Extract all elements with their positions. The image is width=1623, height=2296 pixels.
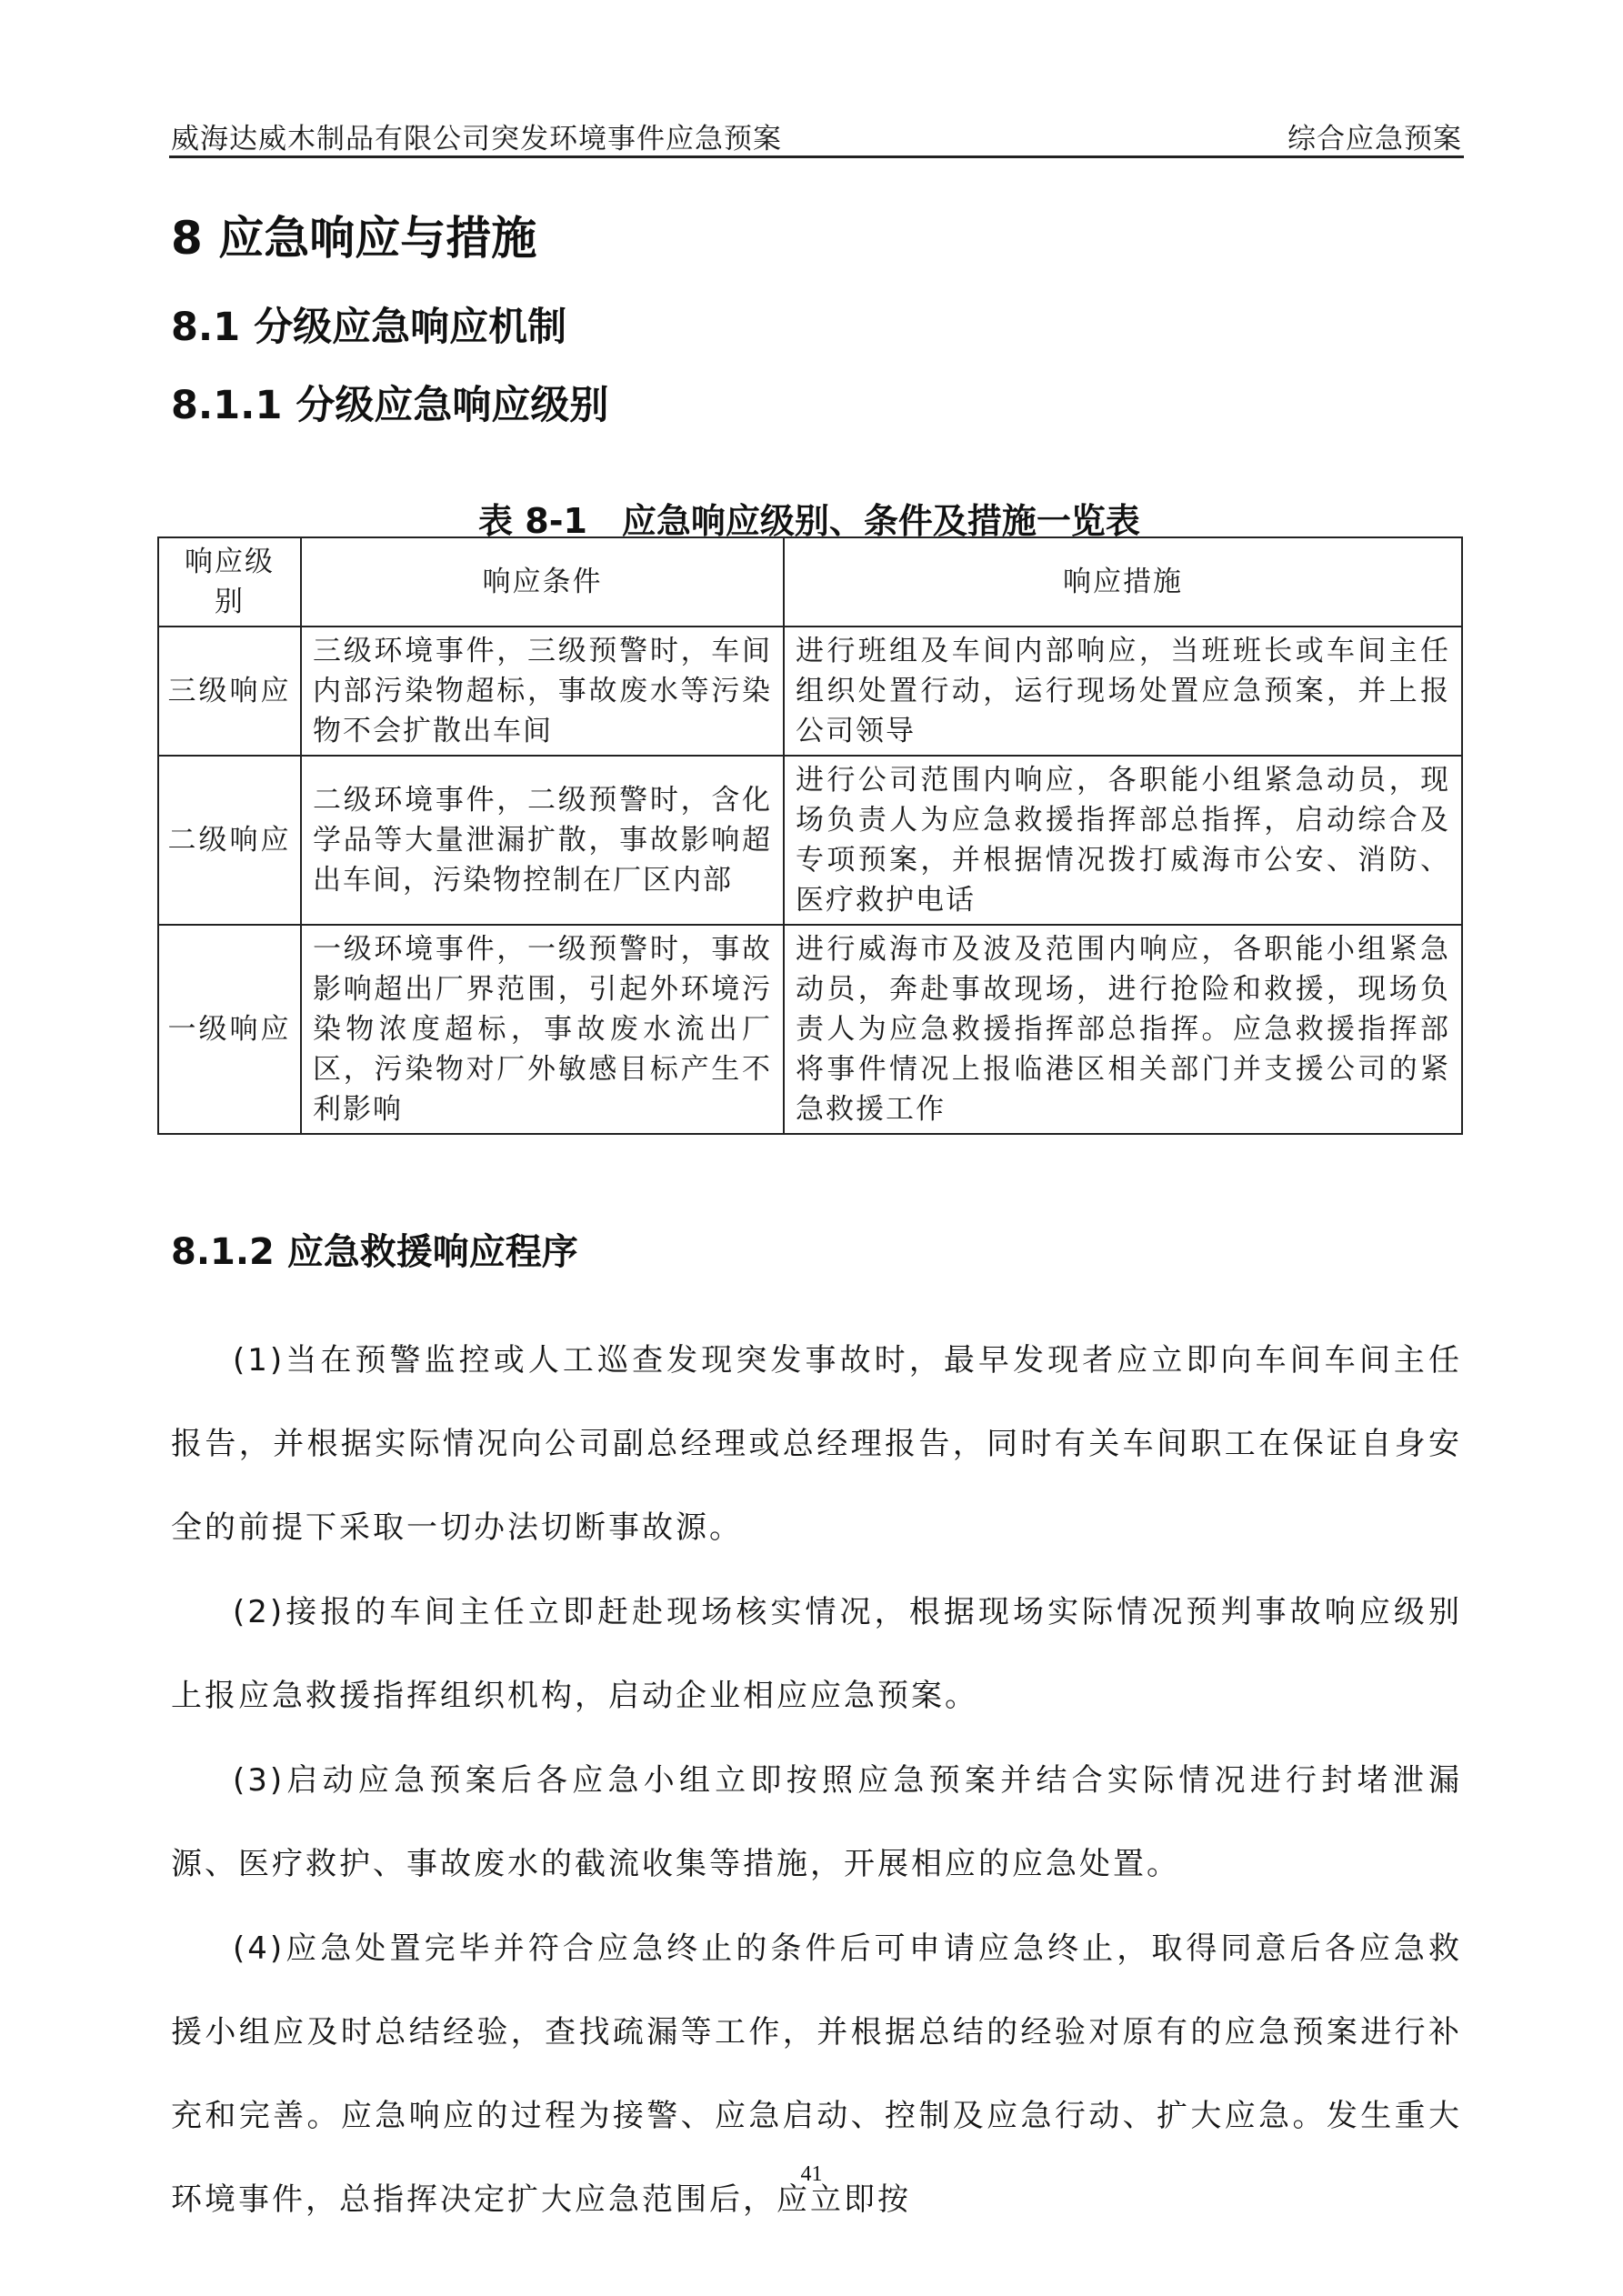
table-row: 三级响应 三级环境事件，三级预警时，车间内部污染物超标，事故废水等污染物不会扩散… (158, 627, 1462, 756)
body-paragraph: (3)启动应急预案后各应急小组立即按照应急预案并结合实际情况进行封堵泄漏源、医疗… (171, 1739, 1462, 1906)
body-paragraph: (4)应急处置完毕并符合应急终止的条件后可申请应急终止，取得同意后各应急救援小组… (171, 1907, 1462, 2241)
page-number: 41 (0, 2162, 1623, 2187)
body-paragraph: (1)当在预警监控或人工巡查发现突发事故时，最早发现者应立即向车间车间主任报告，… (171, 1318, 1462, 1569)
subsection-heading-procedure: 8.1.2 应急救援响应程序 (171, 1223, 578, 1275)
section-heading: 8.1 分级应急响应机制 (171, 296, 566, 352)
body-paragraph: (2)接报的车间主任立即赶赴现场核实情况，根据现场实际情况预判事故响应级别上报应… (171, 1570, 1462, 1738)
column-header-condition: 响应条件 (301, 537, 784, 627)
response-measure: 进行班组及车间内部响应，当班班长或车间主任组织处置行动，运行现场处置应急预案，并… (784, 627, 1462, 756)
response-measure: 进行威海市及波及范围内响应，各职能小组紧急动员，奔赴事故现场，进行抢险和救援，现… (784, 925, 1462, 1134)
table-caption: 表 8-1 应急响应级别、条件及措施一览表 (157, 493, 1461, 543)
table-row: 一级响应 一级环境事件，一级预警时，事故影响超出厂界范围，引起外环境污染物浓度超… (158, 925, 1462, 1134)
response-measure: 进行公司范围内响应，各职能小组紧急动员，现场负责人为应急救援指挥部总指挥，启动综… (784, 756, 1462, 925)
response-condition: 一级环境事件，一级预警时，事故影响超出厂界范围，引起外环境污染物浓度超标，事故废… (301, 925, 784, 1134)
chapter-heading: 8 应急响应与措施 (171, 202, 536, 267)
column-header-level: 响应级别 (158, 537, 301, 627)
response-level: 三级响应 (158, 627, 301, 756)
subsection-heading-levels: 8.1.1 分级应急响应级别 (171, 375, 608, 430)
document-title: 威海达威木制品有限公司突发环境事件应急预案 (171, 115, 782, 156)
column-header-measure: 响应措施 (784, 537, 1462, 627)
response-level-table: 响应级别 响应条件 响应措施 三级响应 三级环境事件，三级预警时，车间内部污染物… (157, 536, 1463, 1135)
response-level: 一级响应 (158, 925, 301, 1134)
response-condition: 二级环境事件，二级预警时，含化学品等大量泄漏扩散，事故影响超出车间，污染物控制在… (301, 756, 784, 925)
header-divider (169, 155, 1464, 158)
page-header: 威海达威木制品有限公司突发环境事件应急预案 综合应急预案 (171, 111, 1462, 156)
response-condition: 三级环境事件，三级预警时，车间内部污染物超标，事故废水等污染物不会扩散出车间 (301, 627, 784, 756)
response-level: 二级响应 (158, 756, 301, 925)
table-header-row: 响应级别 响应条件 响应措施 (158, 537, 1462, 627)
table-row: 二级响应 二级环境事件，二级预警时，含化学品等大量泄漏扩散，事故影响超出车间，污… (158, 756, 1462, 925)
section-label: 综合应急预案 (1287, 115, 1462, 156)
